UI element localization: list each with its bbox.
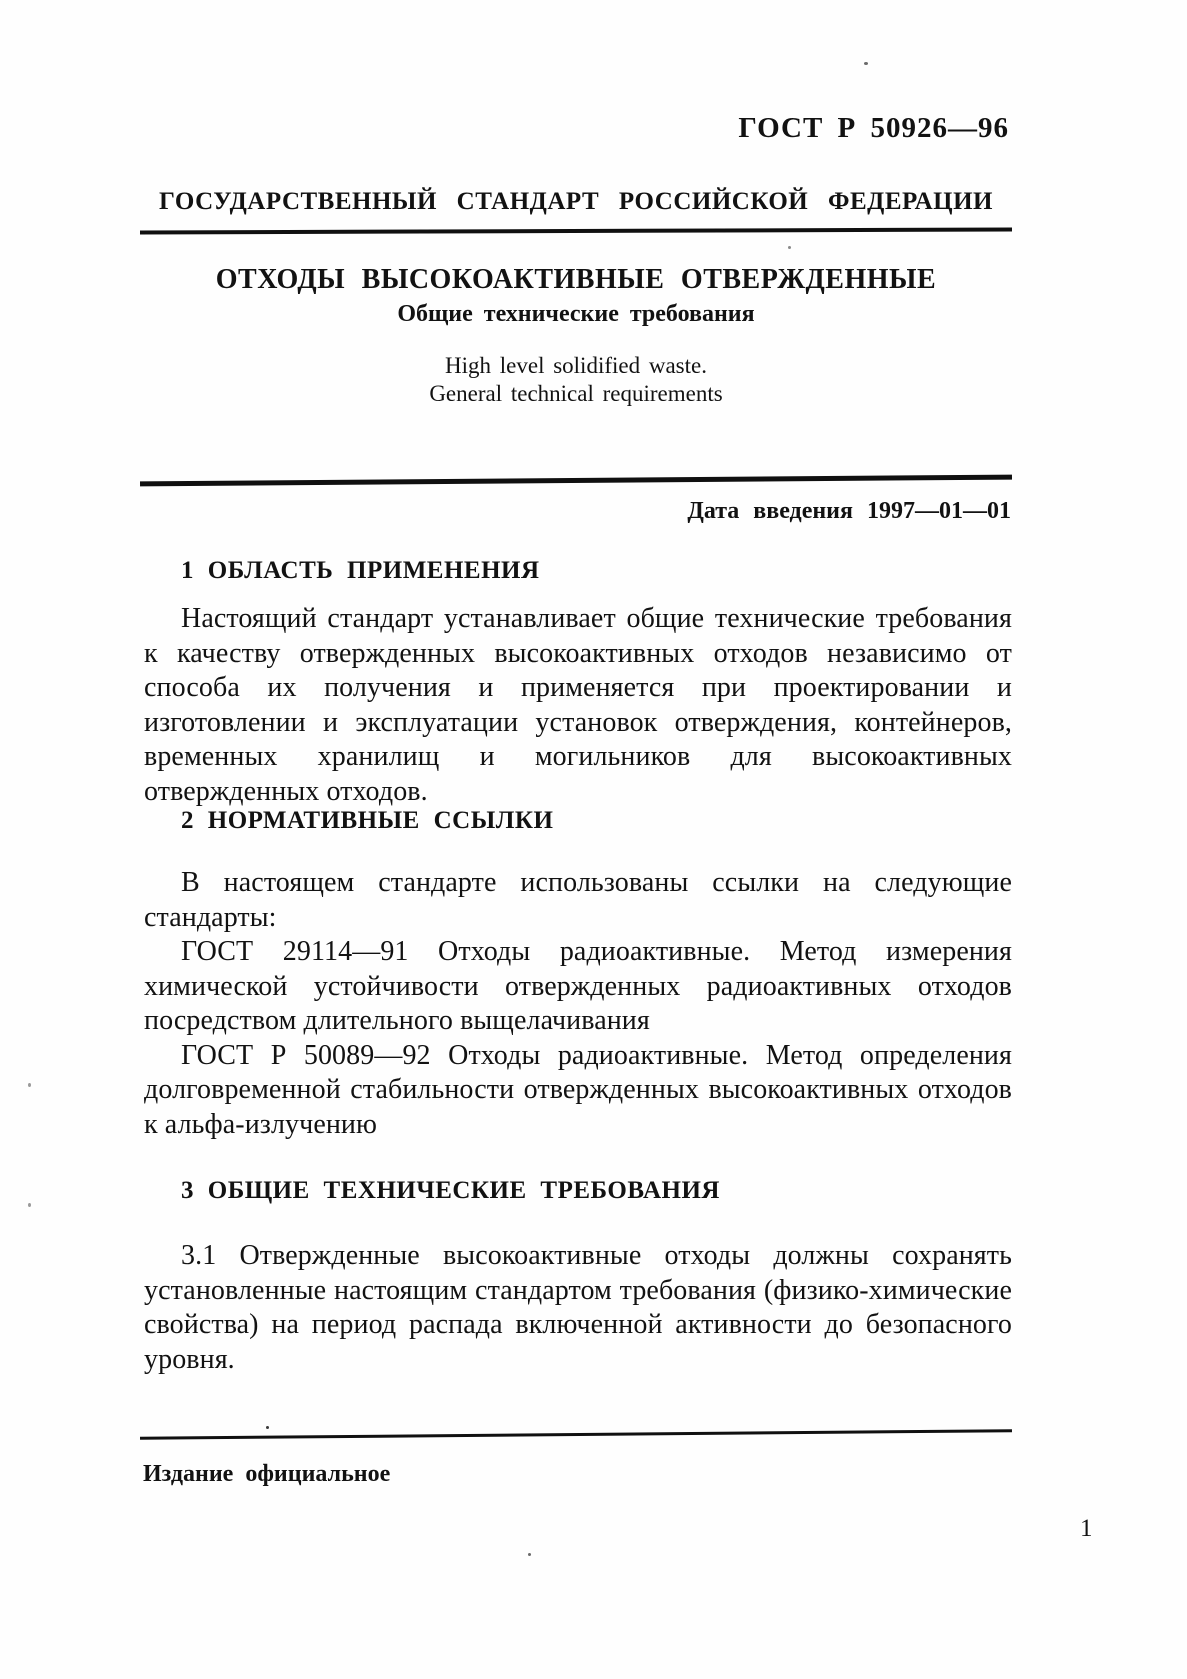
federal-standard-heading: ГОСУДАРСТВЕННЫЙ СТАНДАРТ РОССИЙСКОЙ ФЕДЕ… <box>140 188 1012 216</box>
doc-number: ГОСТ Р 50926—96 <box>738 112 1009 145</box>
effective-date: Дата введения 1997—01—01 <box>687 498 1011 525</box>
section-1-heading: 1 ОБЛАСТЬ ПРИМЕНЕНИЯ <box>144 557 1012 585</box>
paragraph: 3.1 Отвержденные высокоактивные отходы д… <box>144 1239 1012 1377</box>
scan-artifact <box>266 1426 269 1429</box>
document-title-en-line2: General technical requirements <box>140 380 1012 408</box>
scan-artifact <box>528 1553 531 1556</box>
page-number: 1 <box>1080 1515 1093 1543</box>
header-divider <box>140 227 1012 234</box>
title-divider <box>140 475 1012 487</box>
paragraph: ГОСТ Р 50089—92 Отходы радиоактивные. Ме… <box>144 1039 1012 1143</box>
scan-artifact <box>28 1203 31 1207</box>
paragraph: ГОСТ 29114—91 Отходы радиоактивные. Мето… <box>144 935 1012 1039</box>
document-subtitle-ru: Общие технические требования <box>140 301 1012 328</box>
scan-artifact <box>864 62 868 65</box>
section-1-body: Настоящий стандарт устанавливает общие т… <box>144 602 1012 809</box>
official-edition-label: Издание официальное <box>143 1461 390 1488</box>
document-title-ru: ОТХОДЫ ВЫСОКОАКТИВНЫЕ ОТВЕРЖДЕННЫЕ <box>140 264 1012 296</box>
scan-artifact <box>28 1083 31 1087</box>
scan-artifact <box>788 246 791 249</box>
section-3-heading: 3 ОБЩИЕ ТЕХНИЧЕСКИЕ ТРЕБОВАНИЯ <box>144 1177 1012 1205</box>
document-page: ГОСТ Р 50926—96 ГОСУДАРСТВЕННЫЙ СТАНДАРТ… <box>0 0 1187 1679</box>
document-title-en-line1: High level solidified waste. <box>140 352 1012 380</box>
section-2-body: В настоящем стандарте использованы ссылк… <box>144 866 1012 1142</box>
section-3-body: 3.1 Отвержденные высокоактивные отходы д… <box>144 1239 1012 1377</box>
footer-divider <box>140 1429 1012 1440</box>
document-title-en: High level solidified waste. General tec… <box>140 352 1012 408</box>
section-2-heading: 2 НОРМАТИВНЫЕ ССЫЛКИ <box>144 807 1012 835</box>
paragraph: В настоящем стандарте использованы ссылк… <box>144 866 1012 935</box>
paragraph: Настоящий стандарт устанавливает общие т… <box>144 602 1012 809</box>
